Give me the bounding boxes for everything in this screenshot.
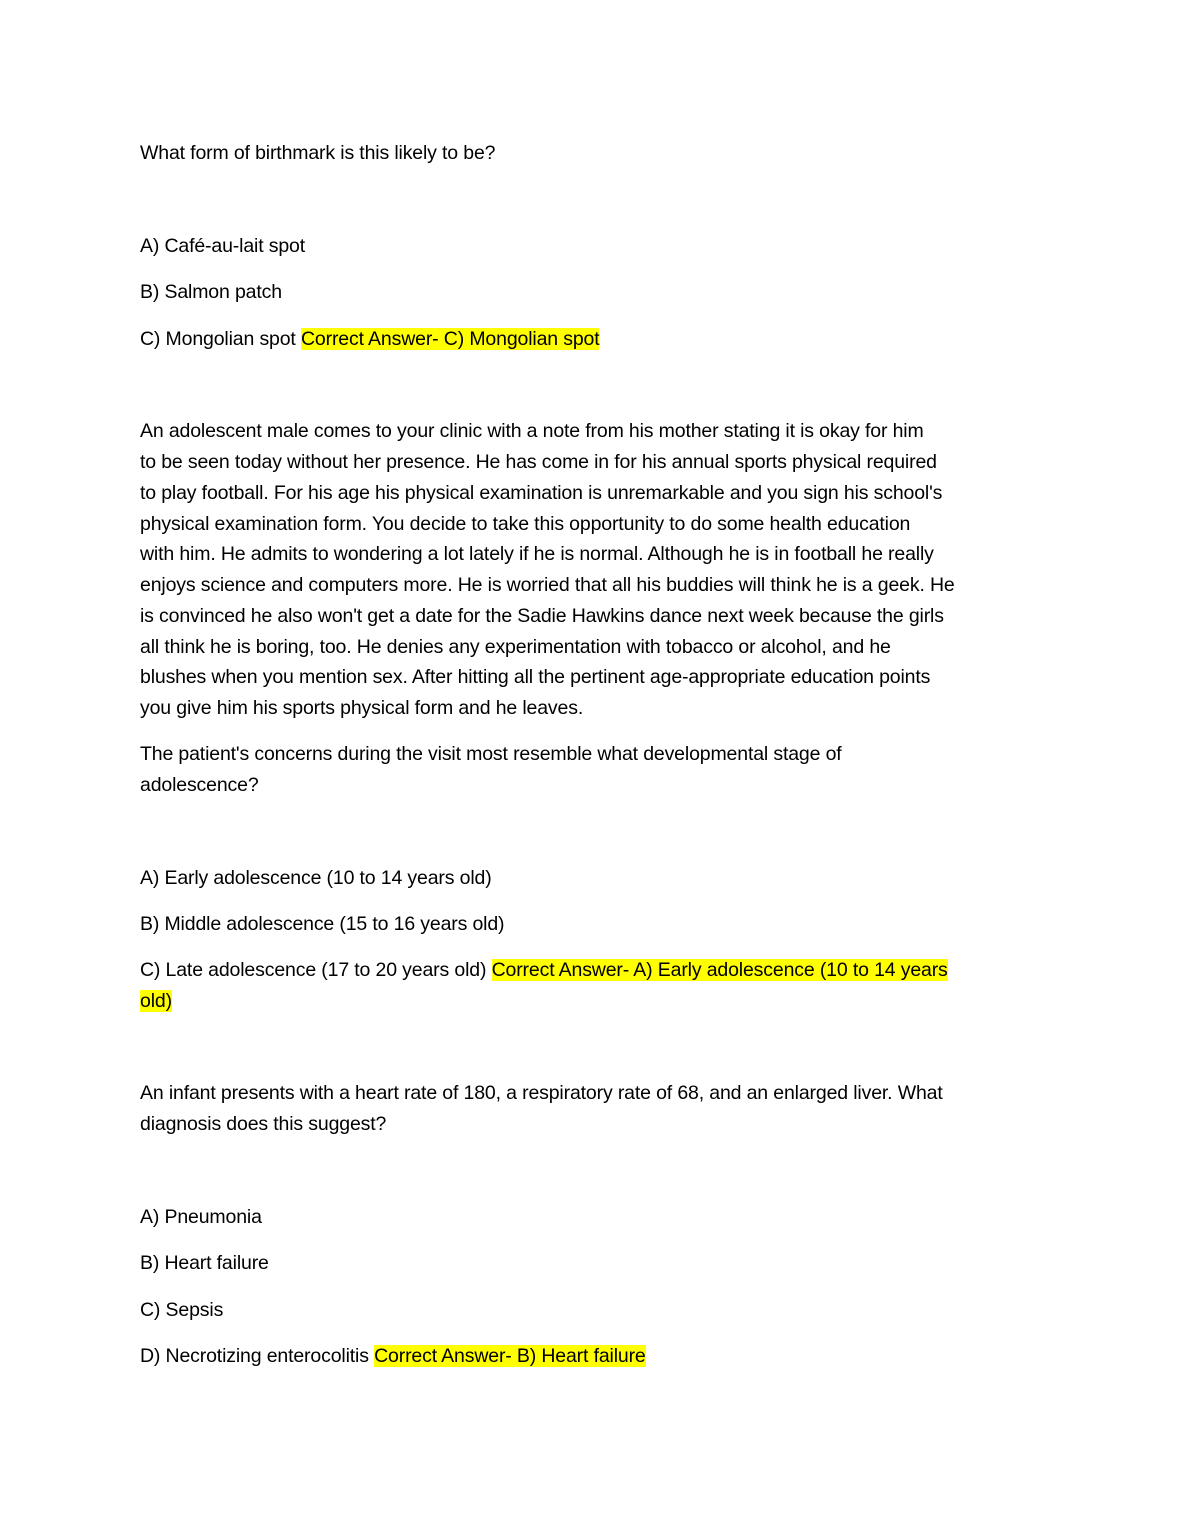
option-a: A) Early adolescence (10 to 14 years old… [140,863,492,894]
option-b: B) Salmon patch [140,277,282,308]
vignette-line: to be seen today without her presence. H… [140,447,937,478]
correct-answer-highlight: Correct Answer- B) Heart failure [374,1345,646,1367]
option-b: B) Heart failure [140,1248,269,1279]
option-c: C) Late adolescence (17 to 20 years old) [140,959,486,981]
question-stem: diagnosis does this suggest? [140,1109,386,1140]
vignette-line: you give him his sports physical form an… [140,693,583,724]
correct-answer-highlight: old) [140,990,172,1012]
vignette-line: to play football. For his age his physic… [140,478,942,509]
option-c: C) Sepsis [140,1295,223,1326]
vignette-line: all think he is boring, too. He denies a… [140,632,891,663]
correct-answer-highlight: Correct Answer- C) Mongolian spot [301,328,600,350]
vignette-line: enjoys science and computers more. He is… [140,570,955,601]
option-b: B) Middle adolescence (15 to 16 years ol… [140,909,504,940]
vignette-line: physical examination form. You decide to… [140,509,910,540]
vignette-line: blushes when you mention sex. After hitt… [140,662,930,693]
option-a: A) Café-au-lait spot [140,231,305,262]
answer-continuation: old) [140,986,172,1017]
option-a: A) Pneumonia [140,1202,262,1233]
question-stem: The patient's concerns during the visit … [140,739,842,770]
question-stem: What form of birthmark is this likely to… [140,138,495,169]
vignette-line: An adolescent male comes to your clinic … [140,416,924,447]
correct-answer-highlight: Correct Answer- A) Early adolescence (10… [492,959,948,981]
option-d-with-answer: D) Necrotizing enterocolitis Correct Ans… [140,1341,646,1372]
option-c-with-answer: C) Late adolescence (17 to 20 years old)… [140,955,948,986]
option-c: C) Mongolian spot [140,328,296,350]
option-d: D) Necrotizing enterocolitis [140,1345,369,1367]
vignette-line: is convinced he also won't get a date fo… [140,601,944,632]
vignette-line: with him. He admits to wondering a lot l… [140,539,934,570]
option-c-with-answer: C) Mongolian spot Correct Answer- C) Mon… [140,324,599,355]
question-stem: An infant presents with a heart rate of … [140,1078,943,1109]
question-stem: adolescence? [140,770,259,801]
